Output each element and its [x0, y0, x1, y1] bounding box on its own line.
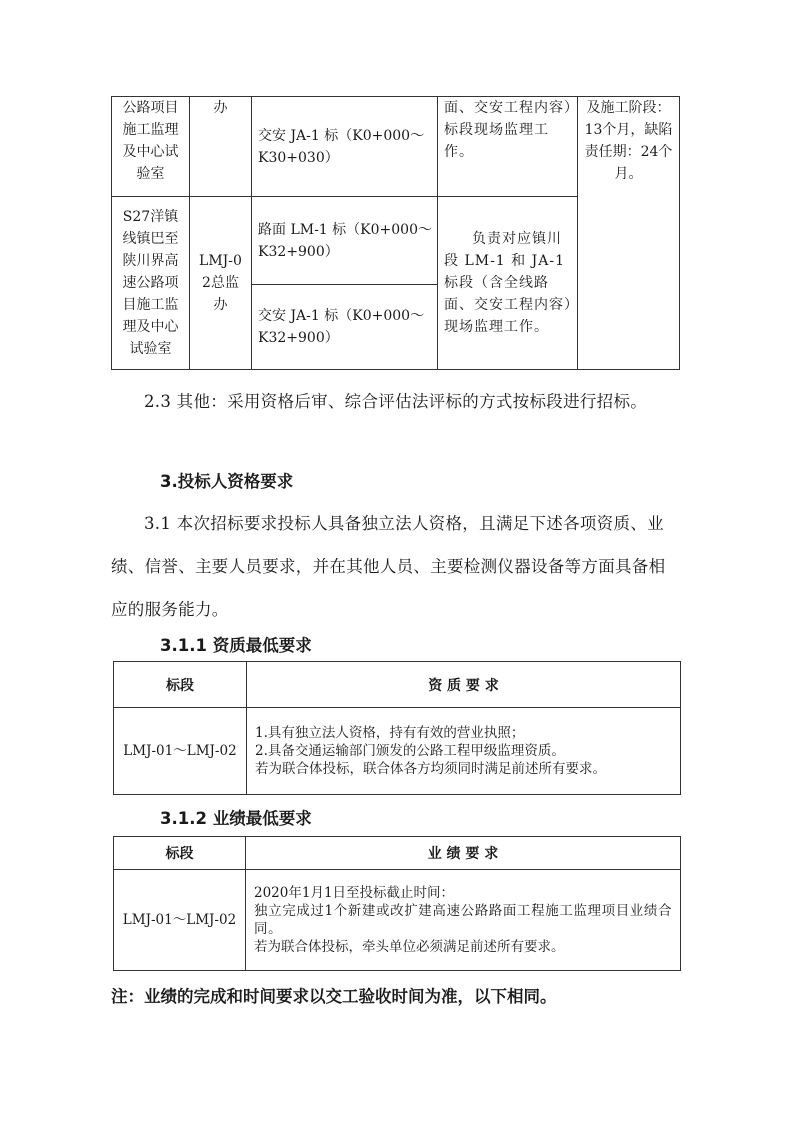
heading-performance-min: 3.1.2 业绩最低要求 [160, 805, 312, 829]
requirement-line: 若为联合体投标，牵头单位必须满足前述所有要求。 [254, 938, 676, 956]
section-name: 交安 JA-1 标（K0+000～K32+900） [258, 305, 433, 349]
performance-table: 标段 业 绩 要 求 LMJ-01～LMJ-02 2020年1月1日至投标截止时… [113, 836, 681, 971]
paragraph-3-1: 3.1 本次招标要求投标人具备独立法人资格，且满足下述各项资质、业绩、信誉、主要… [111, 502, 681, 631]
scope-cell: 面、交安工程内容）标段现场监理工作。 [438, 97, 578, 197]
section-table: 公路项目施工监理及中心试验室 办 交安 JA-1 标（K0+000～K30+03… [111, 96, 680, 370]
scope-text: 面、交安工程内容）标段现场监理工作。 [444, 97, 573, 163]
section-name: 路面 LM-1 标（K0+000～K32+900） [258, 219, 433, 263]
scope-cell: 负责对应镇川段 LM-1 和 JA-1 标段（含全线路面、交安工程内容）现场监理… [438, 197, 578, 370]
office-name: LMJ-02总监办 [190, 250, 251, 316]
requirement-line: 1.具有独立法人资格，持有有效的营业执照； [255, 724, 680, 742]
qualification-table: 标段 资 质 要 求 LMJ-01～LMJ-02 1.具有独立法人资格，持有有效… [113, 661, 681, 795]
requirement-line: 2020年1月1日至投标截止时间： [254, 884, 676, 902]
scope-text: 负责对应镇川段 LM-1 和 JA-1 标段（含全线路面、交安工程内容）现场监理… [444, 228, 573, 338]
section-range: LMJ-01～LMJ-02 [114, 708, 247, 795]
project-name-cell: S27洋镇线镇巴至陕川界高速公路项目施工监理及中心试验室 [112, 197, 190, 370]
header-performance: 业 绩 要 求 [246, 837, 681, 870]
requirement-line: 2.具备交通运输部门颁发的公路工程甲级监理资质。 [255, 742, 680, 760]
heading-qualification-min: 3.1.1 资质最低要求 [160, 632, 312, 656]
office-cell: 办 [190, 97, 252, 197]
section-cell: 路面 LM-1 标（K0+000～K32+900） [252, 197, 438, 285]
office-name: 办 [190, 97, 251, 119]
performance-requirements: 2020年1月1日至投标截止时间： 独立完成过1个新建或改扩建高速公路路面工程施… [246, 870, 681, 971]
requirement-line: 独立完成过1个新建或改扩建高速公路路面工程施工监理项目业绩合同。 [254, 902, 676, 938]
period-cell: 及施工阶段：13个月，缺陷责任期：24个月。 [578, 97, 680, 370]
section-cell: 交安 JA-1 标（K0+000～K32+900） [252, 285, 438, 370]
paragraph-2-3: 2.3 其他：采用资格后审、综合评估法评标的方式按标段进行招标。 [111, 380, 681, 423]
qualification-requirements: 1.具有独立法人资格，持有有效的营业执照； 2.具备交通运输部门颁发的公路工程甲… [247, 708, 681, 795]
project-name: S27洋镇线镇巴至陕川界高速公路项目施工监理及中心试验室 [112, 206, 189, 360]
section-range: LMJ-01～LMJ-02 [114, 870, 246, 971]
header-section: 标段 [114, 662, 247, 708]
period-text: 及施工阶段：13个月，缺陷责任期：24个月。 [578, 97, 679, 185]
heading-bidder-qualification: 3.投标人资格要求 [160, 468, 293, 492]
project-name-cell: 公路项目施工监理及中心试验室 [112, 97, 190, 197]
header-section: 标段 [114, 837, 246, 870]
project-name: 公路项目施工监理及中心试验室 [112, 97, 189, 185]
header-qualification: 资 质 要 求 [247, 662, 681, 708]
office-cell: LMJ-02总监办 [190, 197, 252, 370]
performance-note: 注：业绩的完成和时间要求以交工验收时间为准，以下相同。 [111, 983, 557, 1007]
requirement-line: 若为联合体投标，联合体各方均须同时满足前述所有要求。 [255, 760, 680, 778]
section-name: 交安 JA-1 标（K0+000～K30+030） [258, 125, 433, 169]
section-cell: 交安 JA-1 标（K0+000～K30+030） [252, 97, 438, 197]
